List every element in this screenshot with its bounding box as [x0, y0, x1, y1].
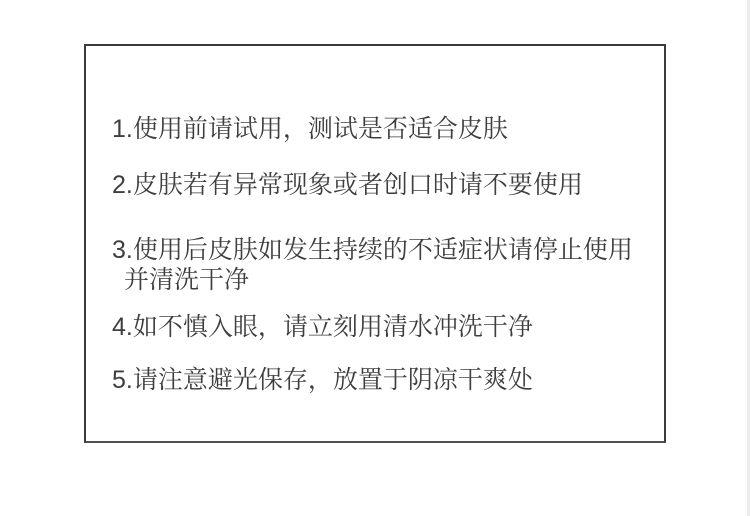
notice-item-3: 3.使用后皮肤如发生持续的不适症状请停止使用 并清洗干净	[112, 235, 636, 295]
notice-item-5: 5.请注意避光保存，放置于阴凉干爽处	[112, 365, 636, 395]
notice-item-4: 4.如不慎入眼，请立刻用清水冲洗干净	[112, 312, 636, 342]
page: 1.使用前请试用，测试是否适合皮肤 2.皮肤若有异常现象或者创口时请不要使用 3…	[0, 0, 750, 516]
notice-item-2: 2.皮肤若有异常现象或者创口时请不要使用	[112, 170, 636, 200]
notice-item-1: 1.使用前请试用，测试是否适合皮肤	[112, 114, 636, 144]
usage-notice-box: 1.使用前请试用，测试是否适合皮肤 2.皮肤若有异常现象或者创口时请不要使用 3…	[84, 44, 666, 443]
